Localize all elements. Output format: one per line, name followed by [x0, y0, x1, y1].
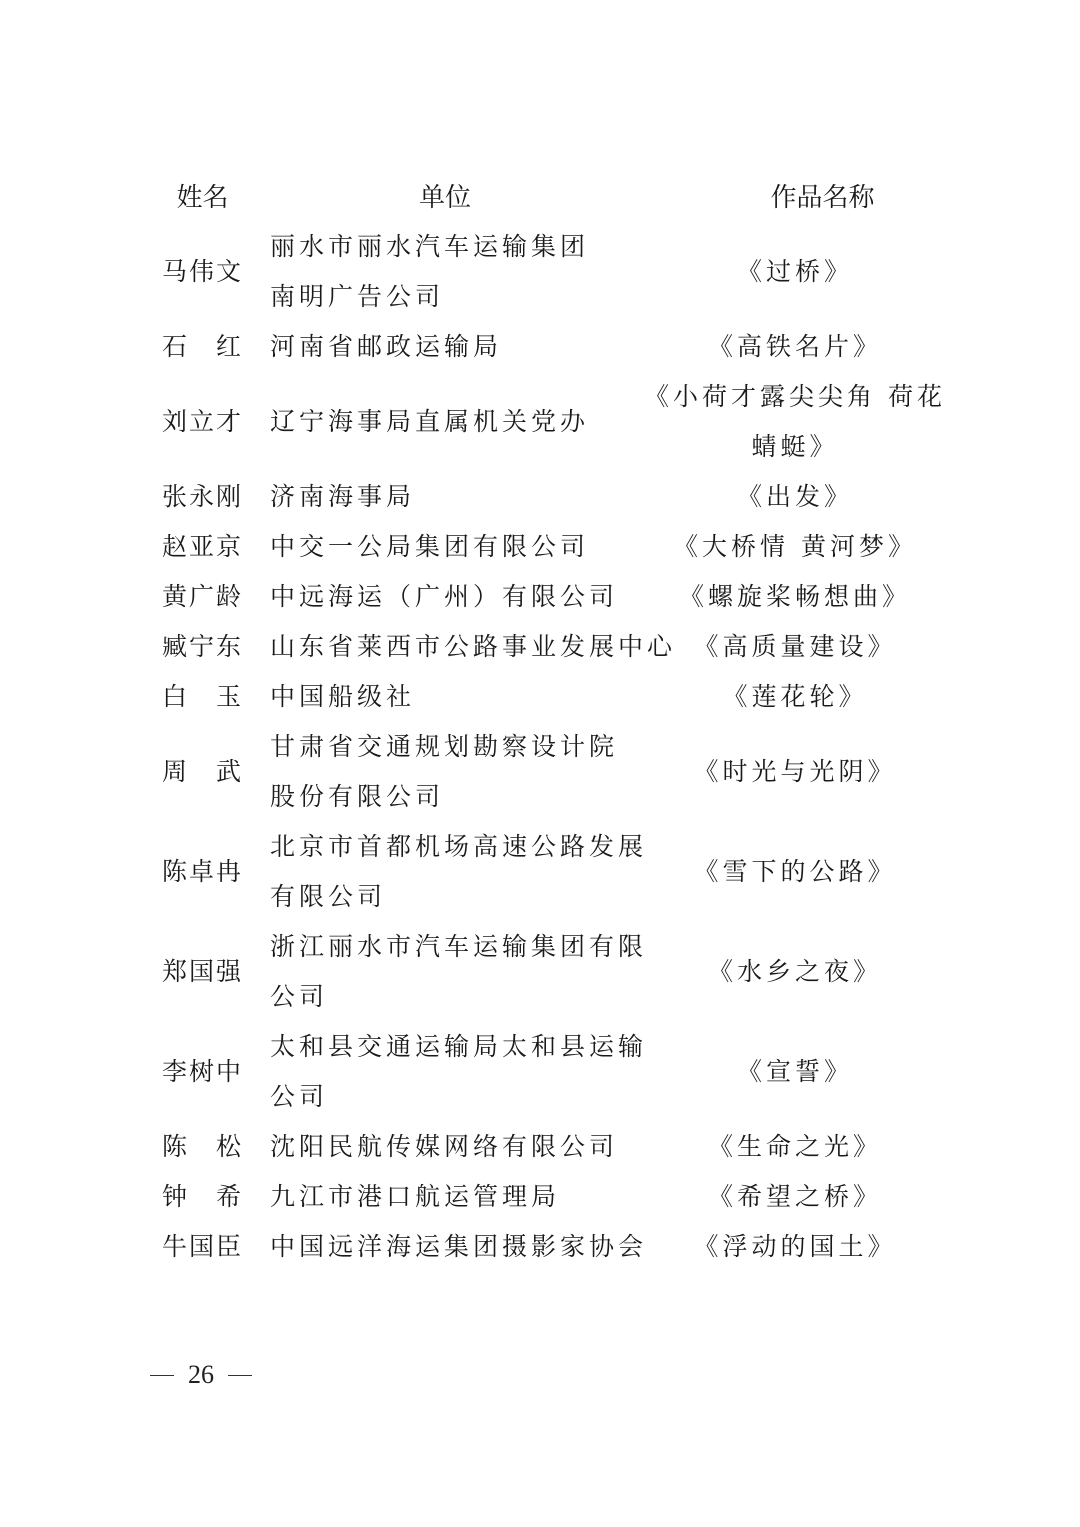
cell-unit: 甘肃省交通规划勘察设计院股份有限公司 [255, 722, 630, 822]
table-row: 钟 希九江市港口航运管理局《希望之桥》 [150, 1172, 950, 1222]
table-row: 刘立才辽宁海事局直属机关党办《小荷才露尖尖角 荷花蜻蜓》 [150, 372, 950, 472]
cell-name: 李树中 [150, 1047, 255, 1097]
cell-unit: 丽水市丽水汽车运输集团南明广告公司 [255, 222, 630, 322]
cell-name: 马伟文 [150, 247, 255, 297]
cell-unit: 河南省邮政运输局 [255, 322, 630, 372]
unit-line: 山东省莱西市公路事业发展中心 [270, 622, 630, 672]
unit-line: 辽宁海事局直属机关党办 [270, 397, 630, 447]
unit-line: 南明广告公司 [270, 272, 630, 322]
cell-name: 郑国强 [150, 947, 255, 997]
cell-title: 《浮动的国土》 [630, 1222, 950, 1272]
cell-unit: 北京市首都机场高速公路发展有限公司 [255, 822, 630, 922]
cell-unit: 辽宁海事局直属机关党办 [255, 397, 630, 447]
cell-title: 《时光与光阴》 [630, 747, 950, 797]
cell-unit: 太和县交通运输局太和县运输公司 [255, 1022, 630, 1122]
title-line: 《水乡之夜》 [640, 947, 950, 997]
unit-line: 公司 [270, 972, 630, 1022]
unit-line: 浙江丽水市汽车运输集团有限 [270, 922, 630, 972]
cell-title: 《生命之光》 [630, 1122, 950, 1172]
unit-line: 九江市港口航运管理局 [270, 1172, 630, 1222]
unit-line: 甘肃省交通规划勘察设计院 [270, 722, 630, 772]
cell-unit: 中远海运（广州）有限公司 [255, 572, 630, 622]
unit-line: 济南海事局 [270, 472, 630, 522]
cell-title: 《雪下的公路》 [630, 847, 950, 897]
cell-title: 《水乡之夜》 [630, 947, 950, 997]
title-line: 《生命之光》 [640, 1122, 950, 1172]
table-row: 石 红河南省邮政运输局《高铁名片》 [150, 322, 950, 372]
cell-title: 《螺旋桨畅想曲》 [630, 572, 950, 622]
title-line: 《高铁名片》 [640, 322, 950, 372]
cell-title: 《莲花轮》 [630, 672, 950, 722]
table-row: 马伟文丽水市丽水汽车运输集团南明广告公司《过桥》 [150, 222, 950, 322]
table-row: 陈 松沈阳民航传媒网络有限公司《生命之光》 [150, 1122, 950, 1172]
cell-unit: 中国船级社 [255, 672, 630, 722]
table-row: 赵亚京中交一公局集团有限公司《大桥情 黄河梦》 [150, 522, 950, 572]
dash-right [228, 1375, 252, 1376]
unit-line: 太和县交通运输局太和县运输 [270, 1022, 630, 1072]
cell-title: 《过桥》 [630, 247, 950, 297]
dash-left [150, 1375, 174, 1376]
cell-unit: 浙江丽水市汽车运输集团有限公司 [255, 922, 630, 1022]
title-line: 《出发》 [640, 472, 950, 522]
table-row: 李树中太和县交通运输局太和县运输公司《宣誓》 [150, 1022, 950, 1122]
page-number: 26 [188, 1360, 214, 1390]
header-unit: 单位 [245, 177, 645, 214]
cell-title: 《高质量建设》 [630, 622, 950, 672]
unit-line: 沈阳民航传媒网络有限公司 [270, 1122, 630, 1172]
page-footer: 26 [150, 1360, 252, 1390]
title-line: 蜻蜓》 [640, 422, 950, 472]
title-line: 《大桥情 黄河梦》 [640, 522, 950, 572]
title-line: 《高质量建设》 [640, 622, 950, 672]
table-row: 周 武甘肃省交通规划勘察设计院股份有限公司《时光与光阴》 [150, 722, 950, 822]
unit-line: 北京市首都机场高速公路发展 [270, 822, 630, 872]
table-row: 白 玉中国船级社《莲花轮》 [150, 672, 950, 722]
title-line: 《时光与光阴》 [640, 747, 950, 797]
cell-name: 石 红 [150, 322, 255, 372]
unit-line: 丽水市丽水汽车运输集团 [270, 222, 630, 272]
title-line: 《雪下的公路》 [640, 847, 950, 897]
title-line: 《小荷才露尖尖角 荷花 [640, 372, 950, 422]
table-body: 马伟文丽水市丽水汽车运输集团南明广告公司《过桥》石 红河南省邮政运输局《高铁名片… [150, 222, 950, 1272]
title-line: 《宣誓》 [640, 1047, 950, 1097]
cell-title: 《出发》 [630, 472, 950, 522]
cell-name: 赵亚京 [150, 522, 255, 572]
unit-line: 有限公司 [270, 872, 630, 922]
title-line: 《过桥》 [640, 247, 950, 297]
table-row: 牛国臣中国远洋海运集团摄影家协会《浮动的国土》 [150, 1222, 950, 1272]
unit-line: 河南省邮政运输局 [270, 322, 630, 372]
table-row: 陈卓冉北京市首都机场高速公路发展有限公司《雪下的公路》 [150, 822, 950, 922]
cell-name: 周 武 [150, 747, 255, 797]
cell-unit: 中国远洋海运集团摄影家协会 [255, 1222, 630, 1272]
unit-line: 股份有限公司 [270, 772, 630, 822]
cell-name: 钟 希 [150, 1172, 255, 1222]
unit-line: 公司 [270, 1072, 630, 1122]
cell-name: 白 玉 [150, 672, 255, 722]
title-line: 《希望之桥》 [640, 1172, 950, 1222]
cell-unit: 中交一公局集团有限公司 [255, 522, 630, 572]
unit-line: 中远海运（广州）有限公司 [270, 572, 630, 622]
cell-name: 陈 松 [150, 1122, 255, 1172]
cell-title: 《希望之桥》 [630, 1172, 950, 1222]
cell-name: 臧宁东 [150, 622, 255, 672]
unit-line: 中国远洋海运集团摄影家协会 [270, 1222, 630, 1272]
cell-unit: 山东省莱西市公路事业发展中心 [255, 622, 630, 672]
cell-name: 张永刚 [150, 472, 255, 522]
table-header: 姓名 单位 作品名称 [150, 168, 950, 222]
cell-name: 牛国臣 [150, 1222, 255, 1272]
title-line: 《浮动的国土》 [640, 1222, 950, 1272]
cell-unit: 九江市港口航运管理局 [255, 1172, 630, 1222]
header-title: 作品名称 [645, 177, 950, 214]
title-line: 《螺旋桨畅想曲》 [640, 572, 950, 622]
cell-name: 刘立才 [150, 397, 255, 447]
cell-name: 陈卓冉 [150, 847, 255, 897]
unit-line: 中交一公局集团有限公司 [270, 522, 630, 572]
cell-title: 《高铁名片》 [630, 322, 950, 372]
table-row: 臧宁东山东省莱西市公路事业发展中心《高质量建设》 [150, 622, 950, 672]
table-row: 黄广龄中远海运（广州）有限公司《螺旋桨畅想曲》 [150, 572, 950, 622]
cell-name: 黄广龄 [150, 572, 255, 622]
document-page: 姓名 单位 作品名称 马伟文丽水市丽水汽车运输集团南明广告公司《过桥》石 红河南… [0, 0, 1080, 1527]
cell-title: 《宣誓》 [630, 1047, 950, 1097]
award-list-table: 姓名 单位 作品名称 马伟文丽水市丽水汽车运输集团南明广告公司《过桥》石 红河南… [150, 168, 950, 1272]
cell-unit: 沈阳民航传媒网络有限公司 [255, 1122, 630, 1172]
unit-line: 中国船级社 [270, 672, 630, 722]
title-line: 《莲花轮》 [640, 672, 950, 722]
header-name: 姓名 [150, 177, 255, 214]
cell-unit: 济南海事局 [255, 472, 630, 522]
cell-title: 《小荷才露尖尖角 荷花蜻蜓》 [630, 372, 950, 472]
cell-title: 《大桥情 黄河梦》 [630, 522, 950, 572]
table-row: 张永刚济南海事局《出发》 [150, 472, 950, 522]
table-row: 郑国强浙江丽水市汽车运输集团有限公司《水乡之夜》 [150, 922, 950, 1022]
